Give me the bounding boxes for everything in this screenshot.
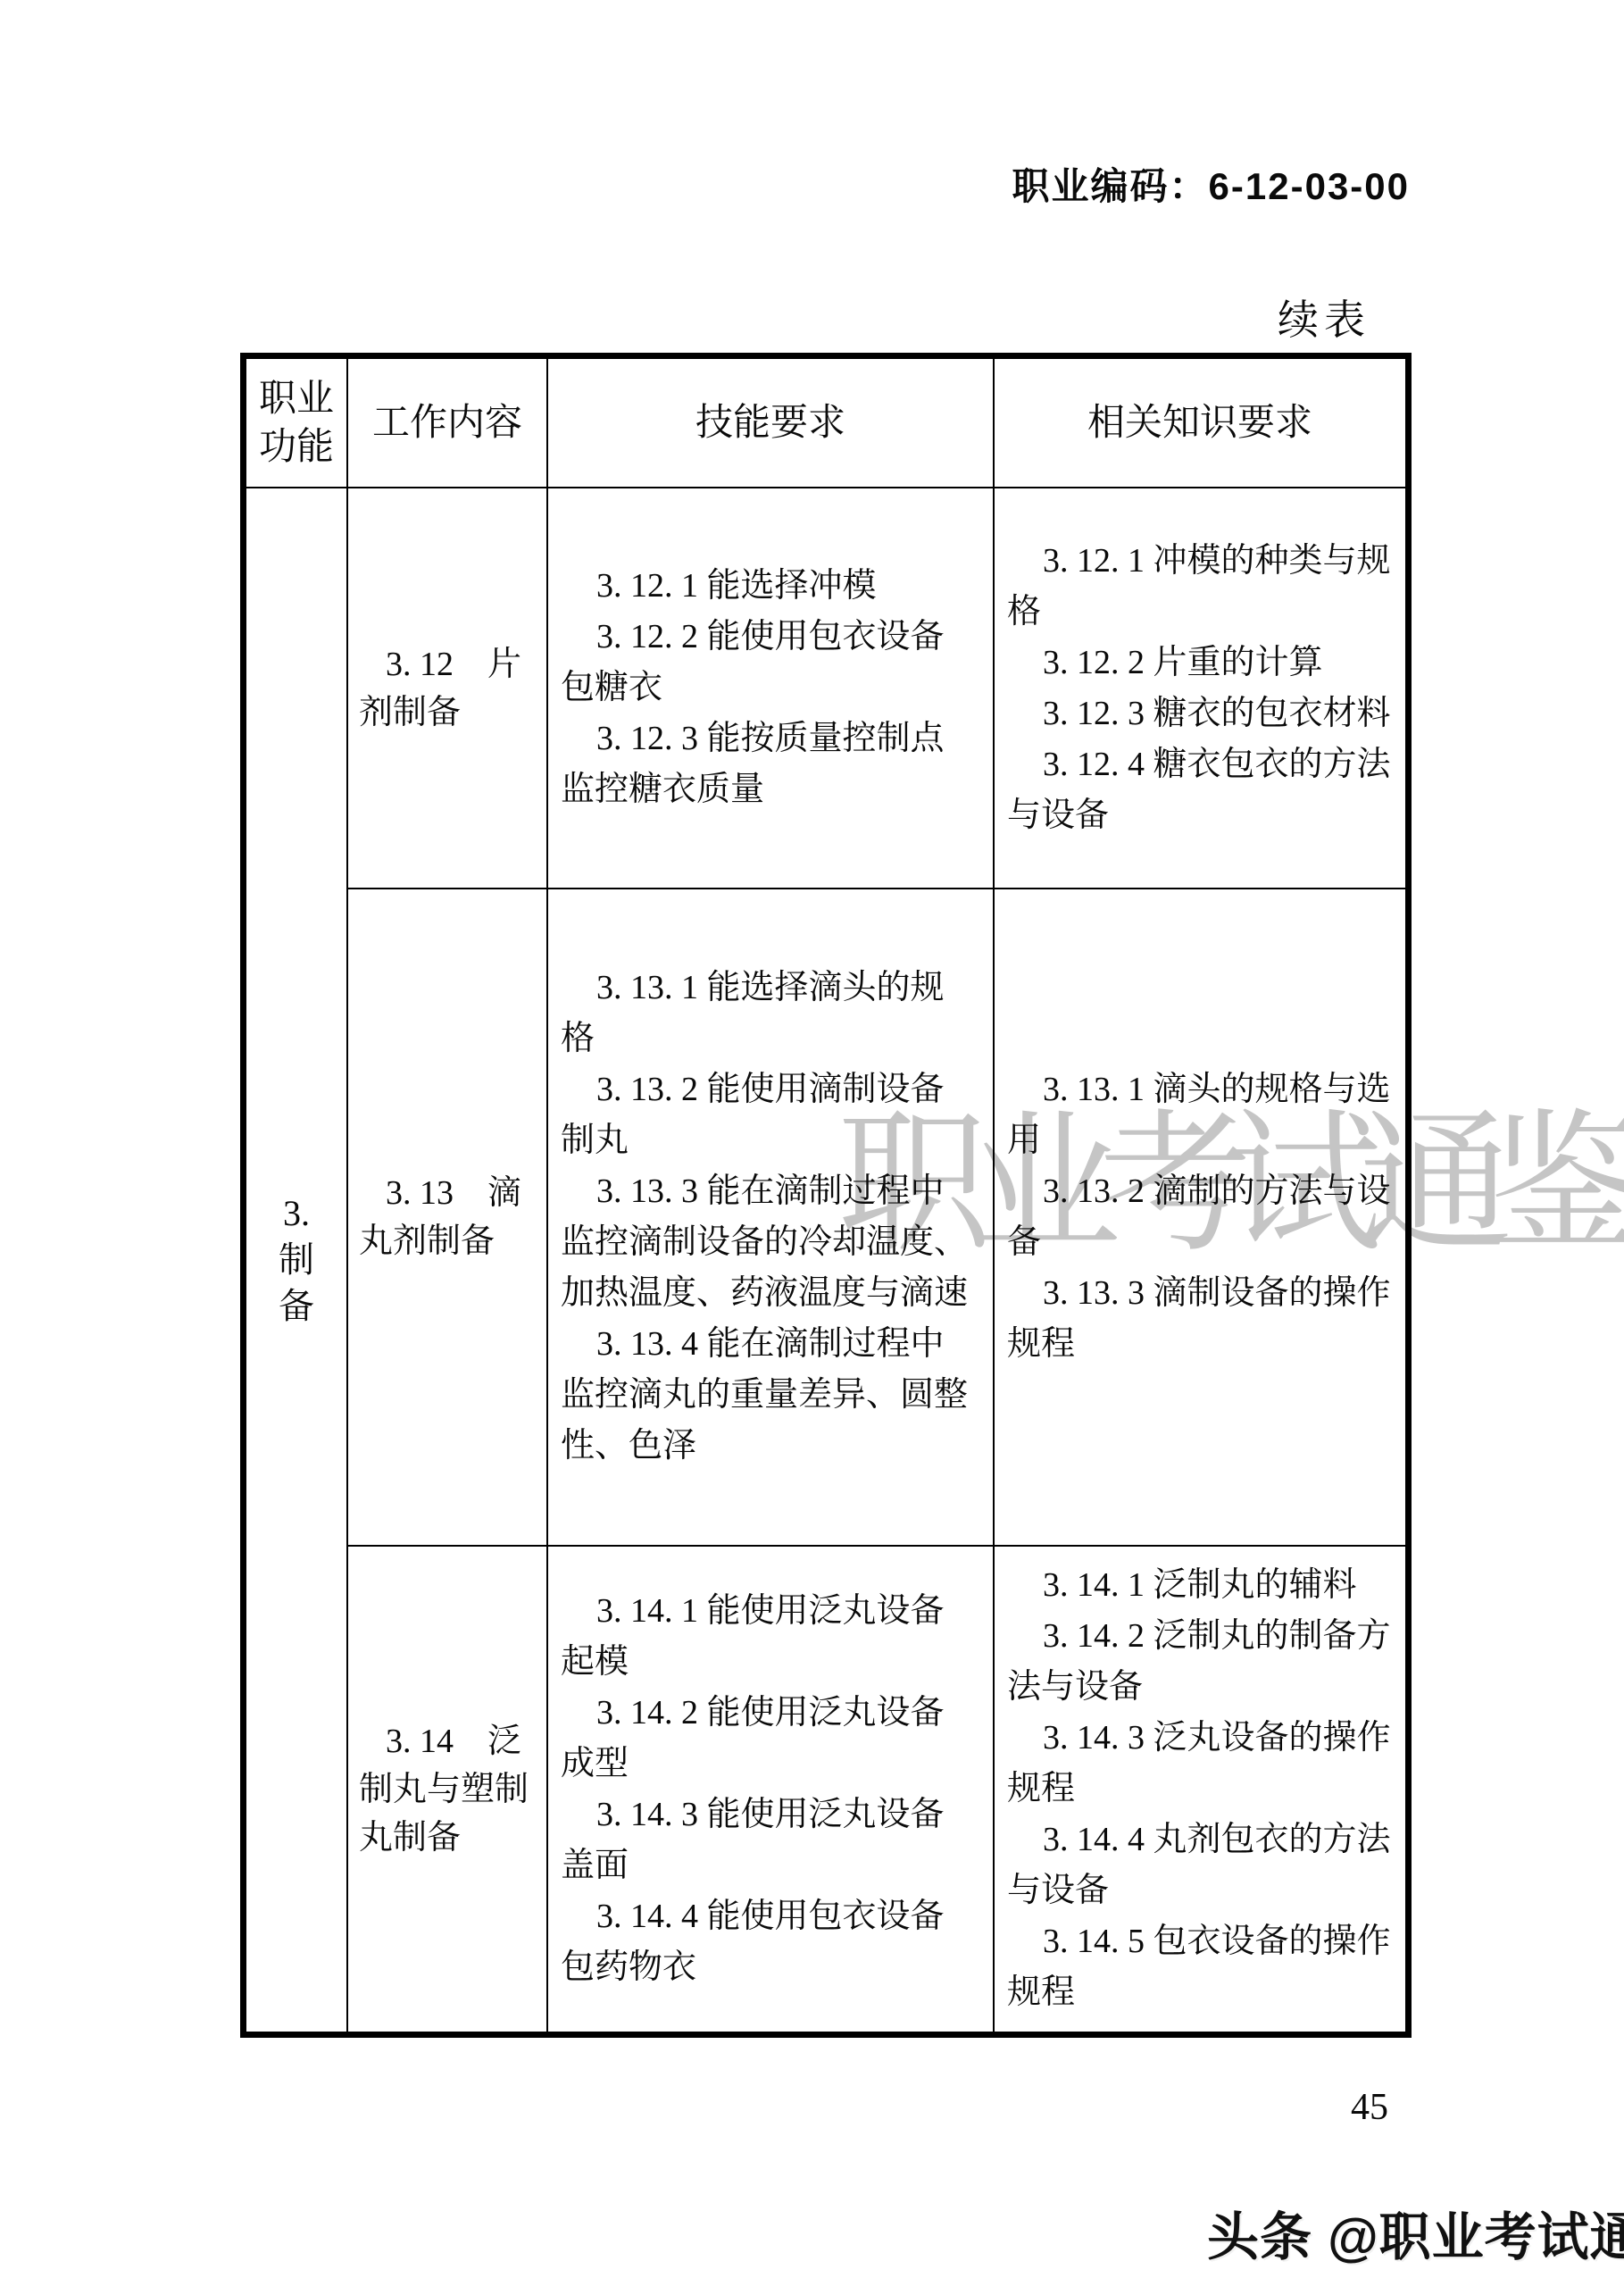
text-item: 3. 14. 2 泛制丸的制备方 法与设备	[1007, 1611, 1398, 1713]
text-item: 3. 13. 3 能在滴制过程中 监控滴制设备的冷却温度、 加热温度、药液温度与…	[561, 1166, 986, 1319]
text-item: 3. 12. 3 能按质量控制点 监控糖衣质量	[561, 713, 986, 815]
text-item: 3. 13. 1 能选择滴头的规 格	[561, 963, 986, 1064]
text-item: 3. 14. 2 能使用泛丸设备 成型	[561, 1688, 986, 1790]
function-cell: 3. 制 备	[246, 488, 348, 2032]
text-item: 3. 12. 1 冲模的种类与规 格	[1007, 536, 1398, 638]
occupation-standard-table: 职业 功能 工作内容 技能要求 相关知识要求 3. 制 备 3. 12 片 剂制…	[240, 353, 1412, 2038]
occupation-code-text: 职业编码：6-12-03-00	[1012, 157, 1410, 211]
header-work-content: 工作内容	[348, 359, 548, 488]
page-number: 45	[1351, 2086, 1388, 2129]
knowledge-cell-3-12: 3. 12. 1 冲模的种类与规 格3. 12. 2 片重的计算3. 12. 3…	[995, 488, 1405, 889]
text-item: 3. 13. 2 滴制的方法与设 备	[1007, 1166, 1398, 1268]
work-content-text: 3. 14 泛 制丸与塑制 丸制备	[359, 1717, 541, 1862]
continued-table-label: 续表	[1278, 288, 1370, 346]
text-item: 3. 14. 4 能使用包衣设备 包药物衣	[561, 1891, 986, 1993]
knowledge-cell-3-14: 3. 14. 1 泛制丸的辅料3. 14. 2 泛制丸的制备方 法与设备3. 1…	[995, 1547, 1405, 2032]
text-item: 3. 14. 3 能使用泛丸设备 盖面	[561, 1790, 986, 1891]
work-content-cell-3-13: 3. 13 滴 丸剂制备	[348, 889, 548, 1547]
document-page: 职业编码：6-12-03-00 续表 职业考试通鉴 职业 功能 工作内容 技能要…	[0, 0, 1624, 2278]
text-item: 3. 12. 4 糖衣包衣的方法 与设备	[1007, 739, 1398, 841]
text-item: 3. 13. 3 滴制设备的操作 规程	[1007, 1268, 1398, 1370]
text-item: 3. 14. 4 丸剂包衣的方法 与设备	[1007, 1815, 1398, 1916]
work-content-text: 3. 13 滴 丸剂制备	[359, 1169, 541, 1265]
header-occupational-function: 职业 功能	[246, 359, 348, 488]
text-item: 3. 14. 1 泛制丸的辅料	[1007, 1560, 1398, 1611]
work-content-cell-3-12: 3. 12 片 剂制备	[348, 488, 548, 889]
header-knowledge-requirements: 相关知识要求	[995, 359, 1405, 488]
text-item: 3. 13. 1 滴头的规格与选 用	[1007, 1064, 1398, 1166]
function-cell-text: 3. 制 备	[246, 1190, 346, 1330]
skills-cell-3-14: 3. 14. 1 能使用泛丸设备 起模3. 14. 2 能使用泛丸设备 成型3.…	[548, 1547, 995, 2032]
text-item: 3. 14. 5 包衣设备的操作 规程	[1007, 1916, 1398, 2018]
text-item: 3. 12. 3 糖衣的包衣材料	[1007, 688, 1398, 739]
header-skill-requirements: 技能要求	[548, 359, 995, 488]
work-content-cell-3-14: 3. 14 泛 制丸与塑制 丸制备	[348, 1547, 548, 2032]
text-item: 3. 14. 1 能使用泛丸设备 起模	[561, 1586, 986, 1688]
text-item: 3. 13. 2 能使用滴制设备 制丸	[561, 1064, 986, 1166]
text-item: 3. 12. 1 能选择冲模	[561, 561, 986, 612]
text-item: 3. 13. 4 能在滴制过程中 监控滴丸的重量差异、圆整 性、色泽	[561, 1319, 986, 1472]
skills-cell-3-12: 3. 12. 1 能选择冲模3. 12. 2 能使用包衣设备 包糖衣3. 12.…	[548, 488, 995, 889]
footer-credit: 头条 @职业考试通鉴	[1207, 2195, 1624, 2270]
skills-cell-3-13: 3. 13. 1 能选择滴头的规 格3. 13. 2 能使用滴制设备 制丸3. …	[548, 889, 995, 1547]
text-item: 3. 12. 2 片重的计算	[1007, 638, 1398, 688]
text-item: 3. 12. 2 能使用包衣设备 包糖衣	[561, 612, 986, 713]
knowledge-cell-3-13: 3. 13. 1 滴头的规格与选 用3. 13. 2 滴制的方法与设 备3. 1…	[995, 889, 1405, 1547]
work-content-text: 3. 12 片 剂制备	[359, 640, 541, 737]
text-item: 3. 14. 3 泛丸设备的操作 规程	[1007, 1713, 1398, 1815]
